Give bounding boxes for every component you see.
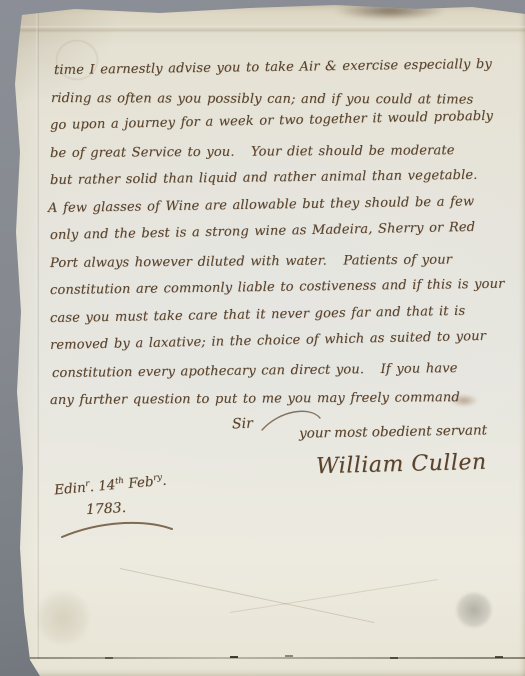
diagonal-crease — [230, 579, 438, 613]
salutation: Sir — [232, 416, 253, 433]
date-flourish-stroke — [58, 517, 180, 543]
body-line: time I earnestly advise you to take Air … — [54, 51, 505, 85]
signature: William Cullen — [316, 450, 487, 479]
paper-sheet: time I earnestly advise you to take Air … — [0, 0, 525, 676]
fold-crease-bottom — [18, 657, 525, 659]
fold-crease-top — [0, 26, 525, 33]
body-line: constitution every apothecary can direct… — [52, 354, 505, 387]
valediction: your most obedient servant — [299, 422, 487, 441]
gray-stain — [455, 592, 493, 628]
fold-crease-left — [36, 14, 39, 659]
dateline: Edinr. 14th Febry. — [53, 471, 167, 498]
dateline-dot: . — [161, 473, 167, 489]
letter-scan: time I earnestly advise you to take Air … — [0, 0, 525, 676]
faint-stain — [36, 592, 90, 644]
dateline-year: 1783. — [86, 500, 127, 518]
dateline-day: 14 — [98, 477, 117, 494]
top-edge-smudge — [334, 2, 446, 20]
dateline-month: Feb — [128, 474, 155, 492]
letter-body: time I earnestly advise you to take Air … — [50, 57, 505, 415]
ink-specks — [230, 656, 238, 658]
dateline-place: Edin — [54, 480, 87, 499]
